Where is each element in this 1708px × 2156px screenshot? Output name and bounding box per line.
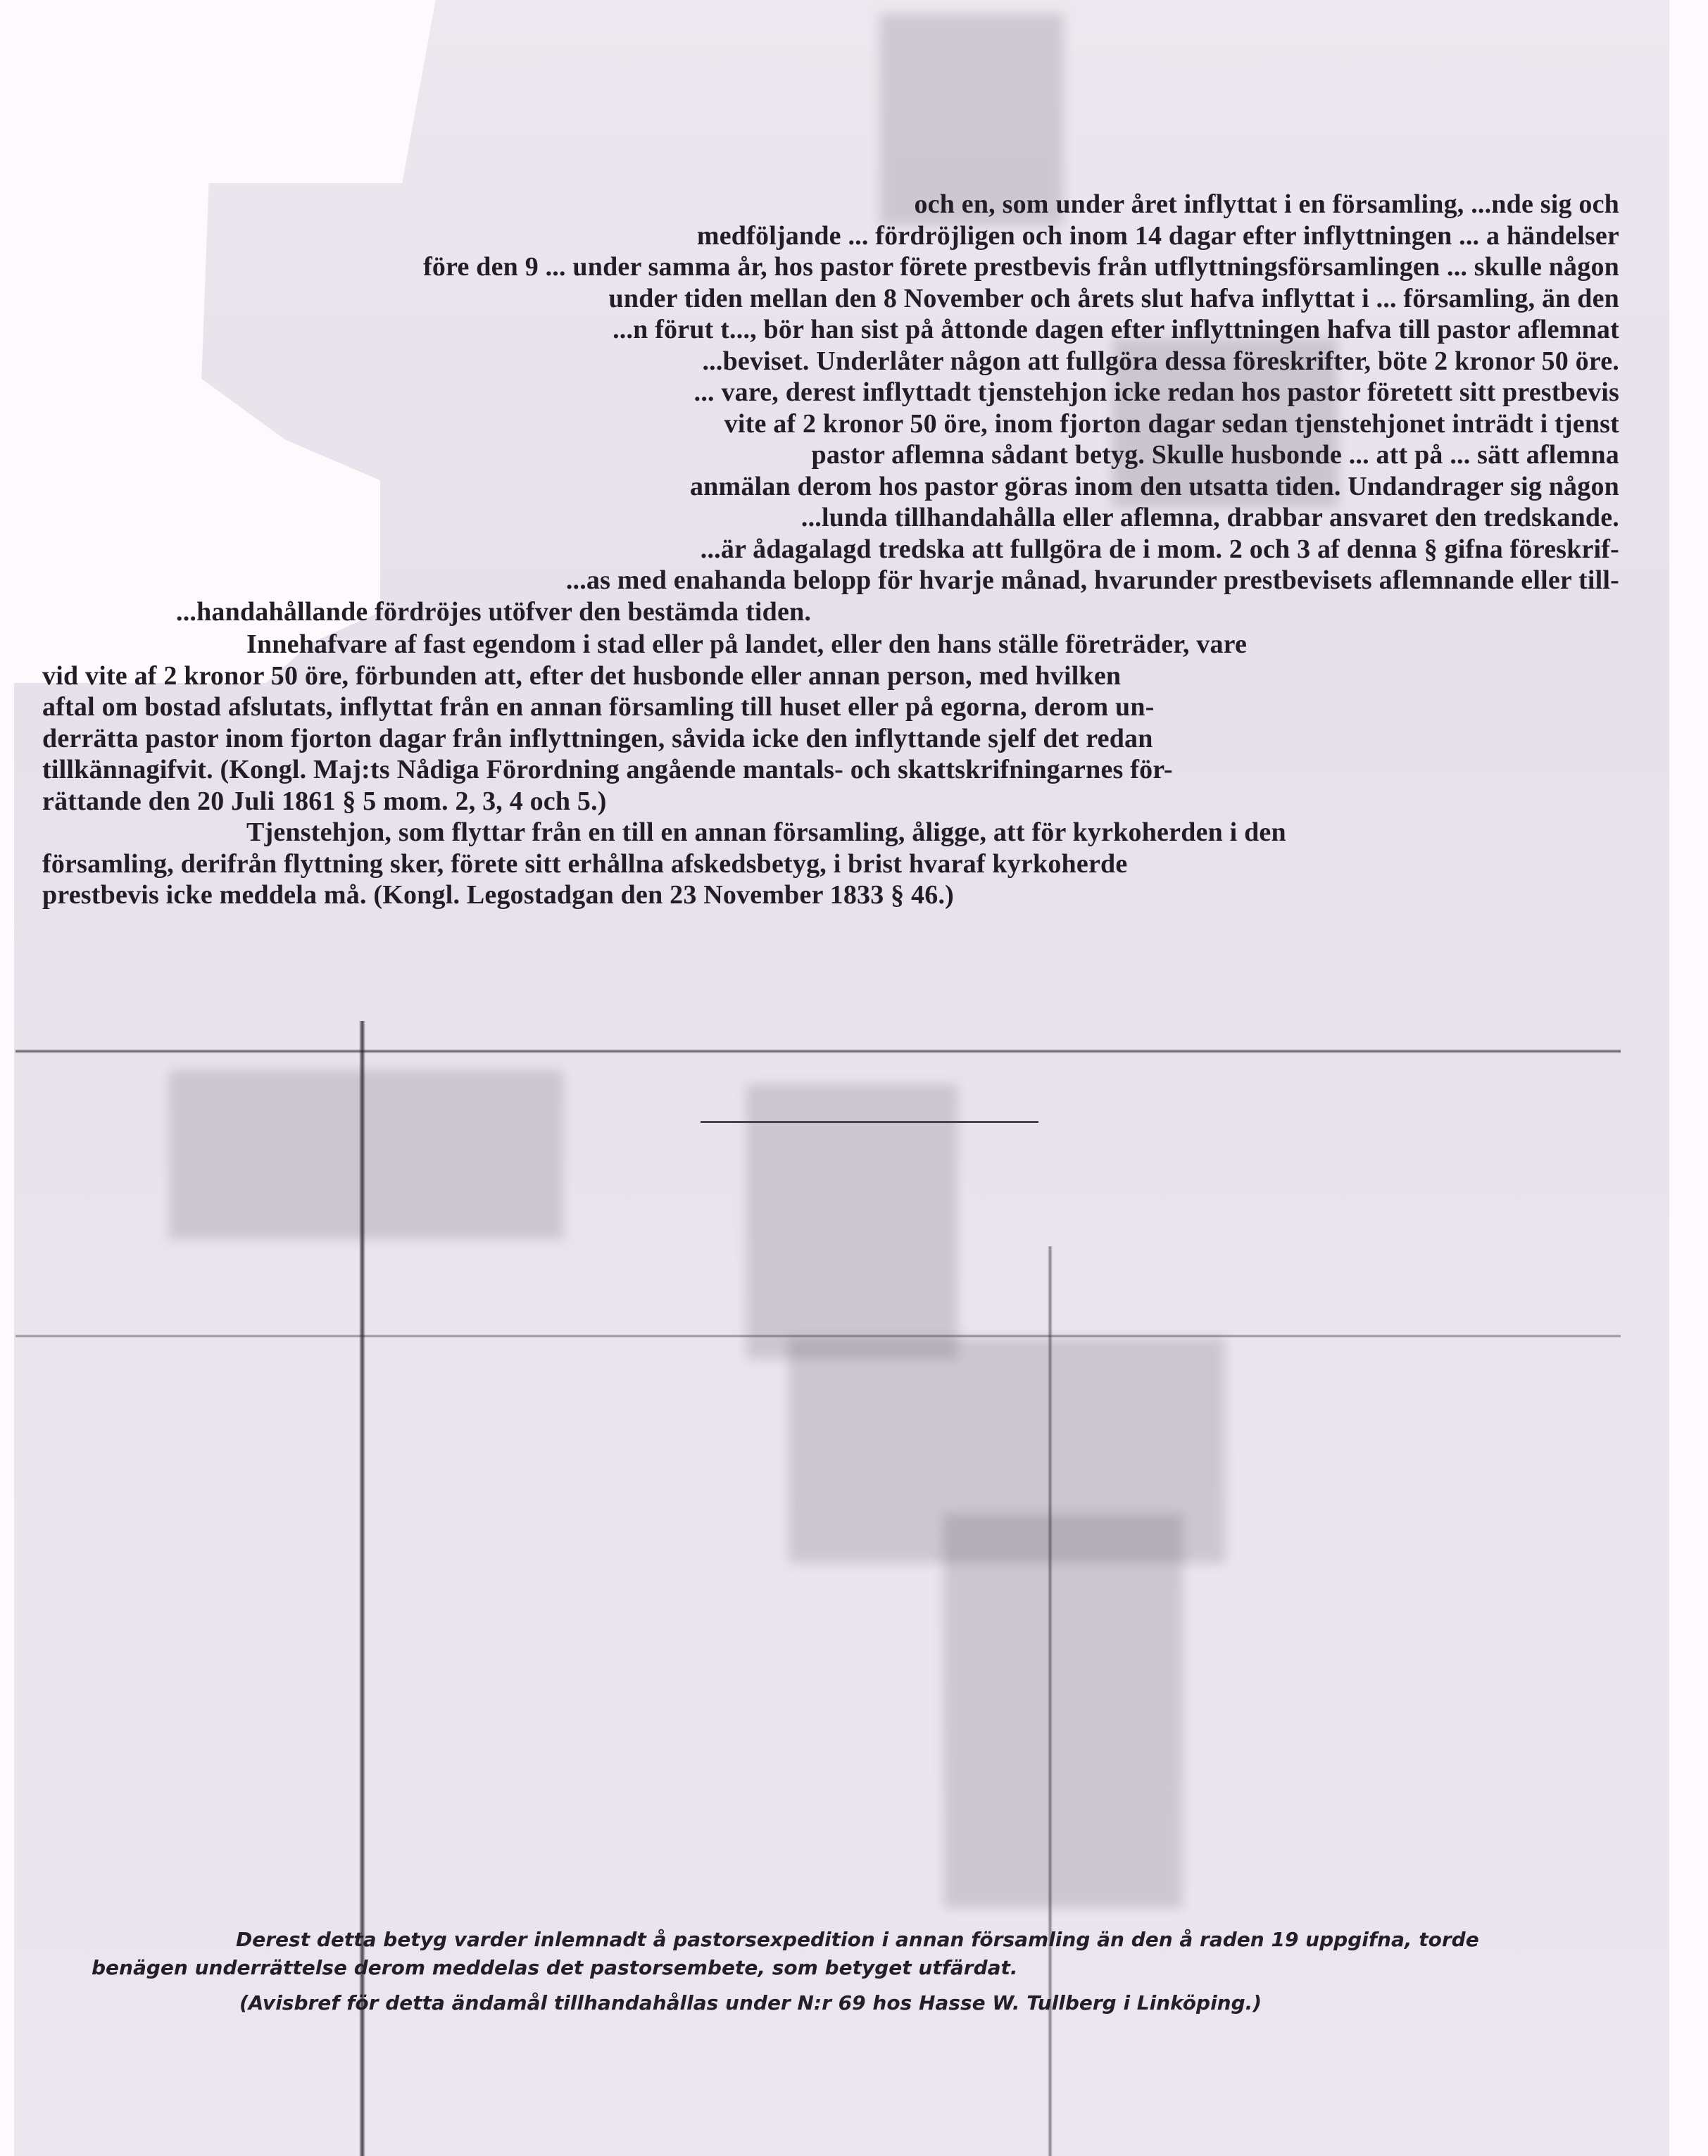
text-line: församling, derifrån flyttning sker, för… <box>42 848 1619 880</box>
text-line: prestbevis icke meddela må. (Kongl. Lego… <box>42 879 1619 911</box>
body-paragraph-3: Tjenstehjon, som flyttar från en till en… <box>42 817 1619 911</box>
text-line: rättande den 20 Juli 1861 § 5 mom. 2, 3,… <box>42 786 1619 817</box>
text-line: ...as med enahanda belopp för hvarje mån… <box>42 565 1619 596</box>
text-line: pastor aflemna sådant betyg. Skulle husb… <box>42 439 1619 471</box>
text-line: före den 9 ... under samma år, hos pasto… <box>42 251 1619 283</box>
text-line: derrätta pastor inom fjorton dagar från … <box>42 723 1619 755</box>
text-line: anmälan derom hos pastor göras inom den … <box>42 471 1619 503</box>
fold-crease-vertical <box>1048 1246 1053 2156</box>
stain <box>943 1514 1183 1908</box>
text-line: Innehafvare af fast egendom i stad eller… <box>42 629 1619 660</box>
text-line: och en, som under året inflyttat i en fö… <box>42 189 1619 220</box>
stain <box>746 1084 957 1359</box>
stain <box>169 1070 563 1239</box>
footer-line: (Avisbref för detta ändamål tillhandahål… <box>99 1989 1633 2017</box>
text-line: ...n förut t..., bör han sist på åttonde… <box>42 314 1619 346</box>
text-line: vid vite af 2 kronor 50 öre, förbunden a… <box>42 660 1619 692</box>
text-line: medföljande ... fördröjligen och inom 14… <box>42 220 1619 252</box>
text-line: ...lunda tillhandahålla eller aflemna, d… <box>42 502 1619 534</box>
scan-margin <box>1669 0 1708 2156</box>
text-line: ...handahållande fördröjes utöfver den b… <box>42 596 1619 628</box>
body-paragraph-1: och en, som under året inflyttat i en fö… <box>42 189 1619 627</box>
text-line: under tiden mellan den 8 November och år… <box>42 283 1619 315</box>
footer-note: Derest detta betyg varder inlemnadt å pa… <box>99 1926 1633 2017</box>
fold-crease-horizontal <box>15 1334 1621 1338</box>
text-line: tillkännagifvit. (Kongl. Maj:ts Nådiga F… <box>42 754 1619 786</box>
text-line: aftal om bostad afslutats, inflyttat frå… <box>42 691 1619 723</box>
text-line: Tjenstehjon, som flyttar från en till en… <box>42 817 1619 848</box>
body-paragraph-2: Innehafvare af fast egendom i stad eller… <box>42 629 1619 817</box>
text-line: ... vare, derest inflyttadt tjenstehjon … <box>42 377 1619 408</box>
text-line: ...beviset. Underlåter någon att fullgör… <box>42 346 1619 377</box>
text-line: ...är ådagalagd tredska att fullgöra de … <box>42 534 1619 565</box>
footer-line: Derest detta betyg varder inlemnadt å pa… <box>99 1926 1633 1954</box>
footer-line: benägen underrättelse derom meddelas det… <box>92 1954 1633 1982</box>
divider-rule <box>701 1121 1038 1123</box>
text-line: vite af 2 kronor 50 öre, inom fjorton da… <box>42 408 1619 440</box>
fold-crease-horizontal <box>15 1049 1621 1053</box>
